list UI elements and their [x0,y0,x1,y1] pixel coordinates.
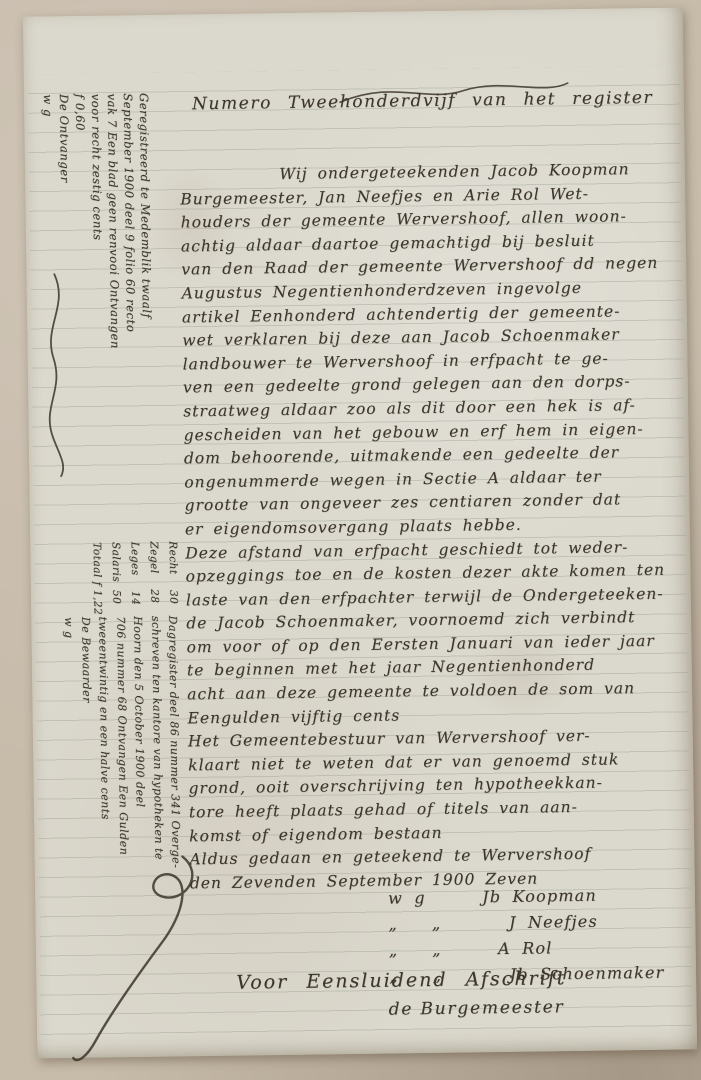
manuscript-paper: Numero Tweehonderdvijf van het register … [23,7,697,1058]
margin-note-registration: Geregistreerd te Medemblik twaalfSeptemb… [40,93,157,467]
margin-note-hypotheek: Dagregister deel 86 nummer 341 Overge-sc… [59,616,187,1038]
signature-line: „ „ A Rol [389,934,665,964]
signature-line: „ „ J Neefjes [388,908,664,938]
certified-copy-line: Voor Eensluidend Afschrift [236,967,566,994]
photograph-background: { "colors": { "backdrop": "#c7bbaa", "pa… [0,0,701,1080]
burgemeester-line: de Burgemeester [389,997,565,1019]
margin-note-hypotheek-text: Dagregister deel 86 nummer 341 Overge-sc… [59,616,187,1038]
deed-body-text: Wij ondergeteekenden Jacob KoopmanBurgem… [180,158,676,896]
document-number-header: Numero Tweehonderdvijf van het register [192,88,653,114]
signature-line: w g Jb Koopman [388,882,664,912]
margin-note-registration-text: Geregistreerd te Medemblik twaalfSeptemb… [40,93,157,467]
